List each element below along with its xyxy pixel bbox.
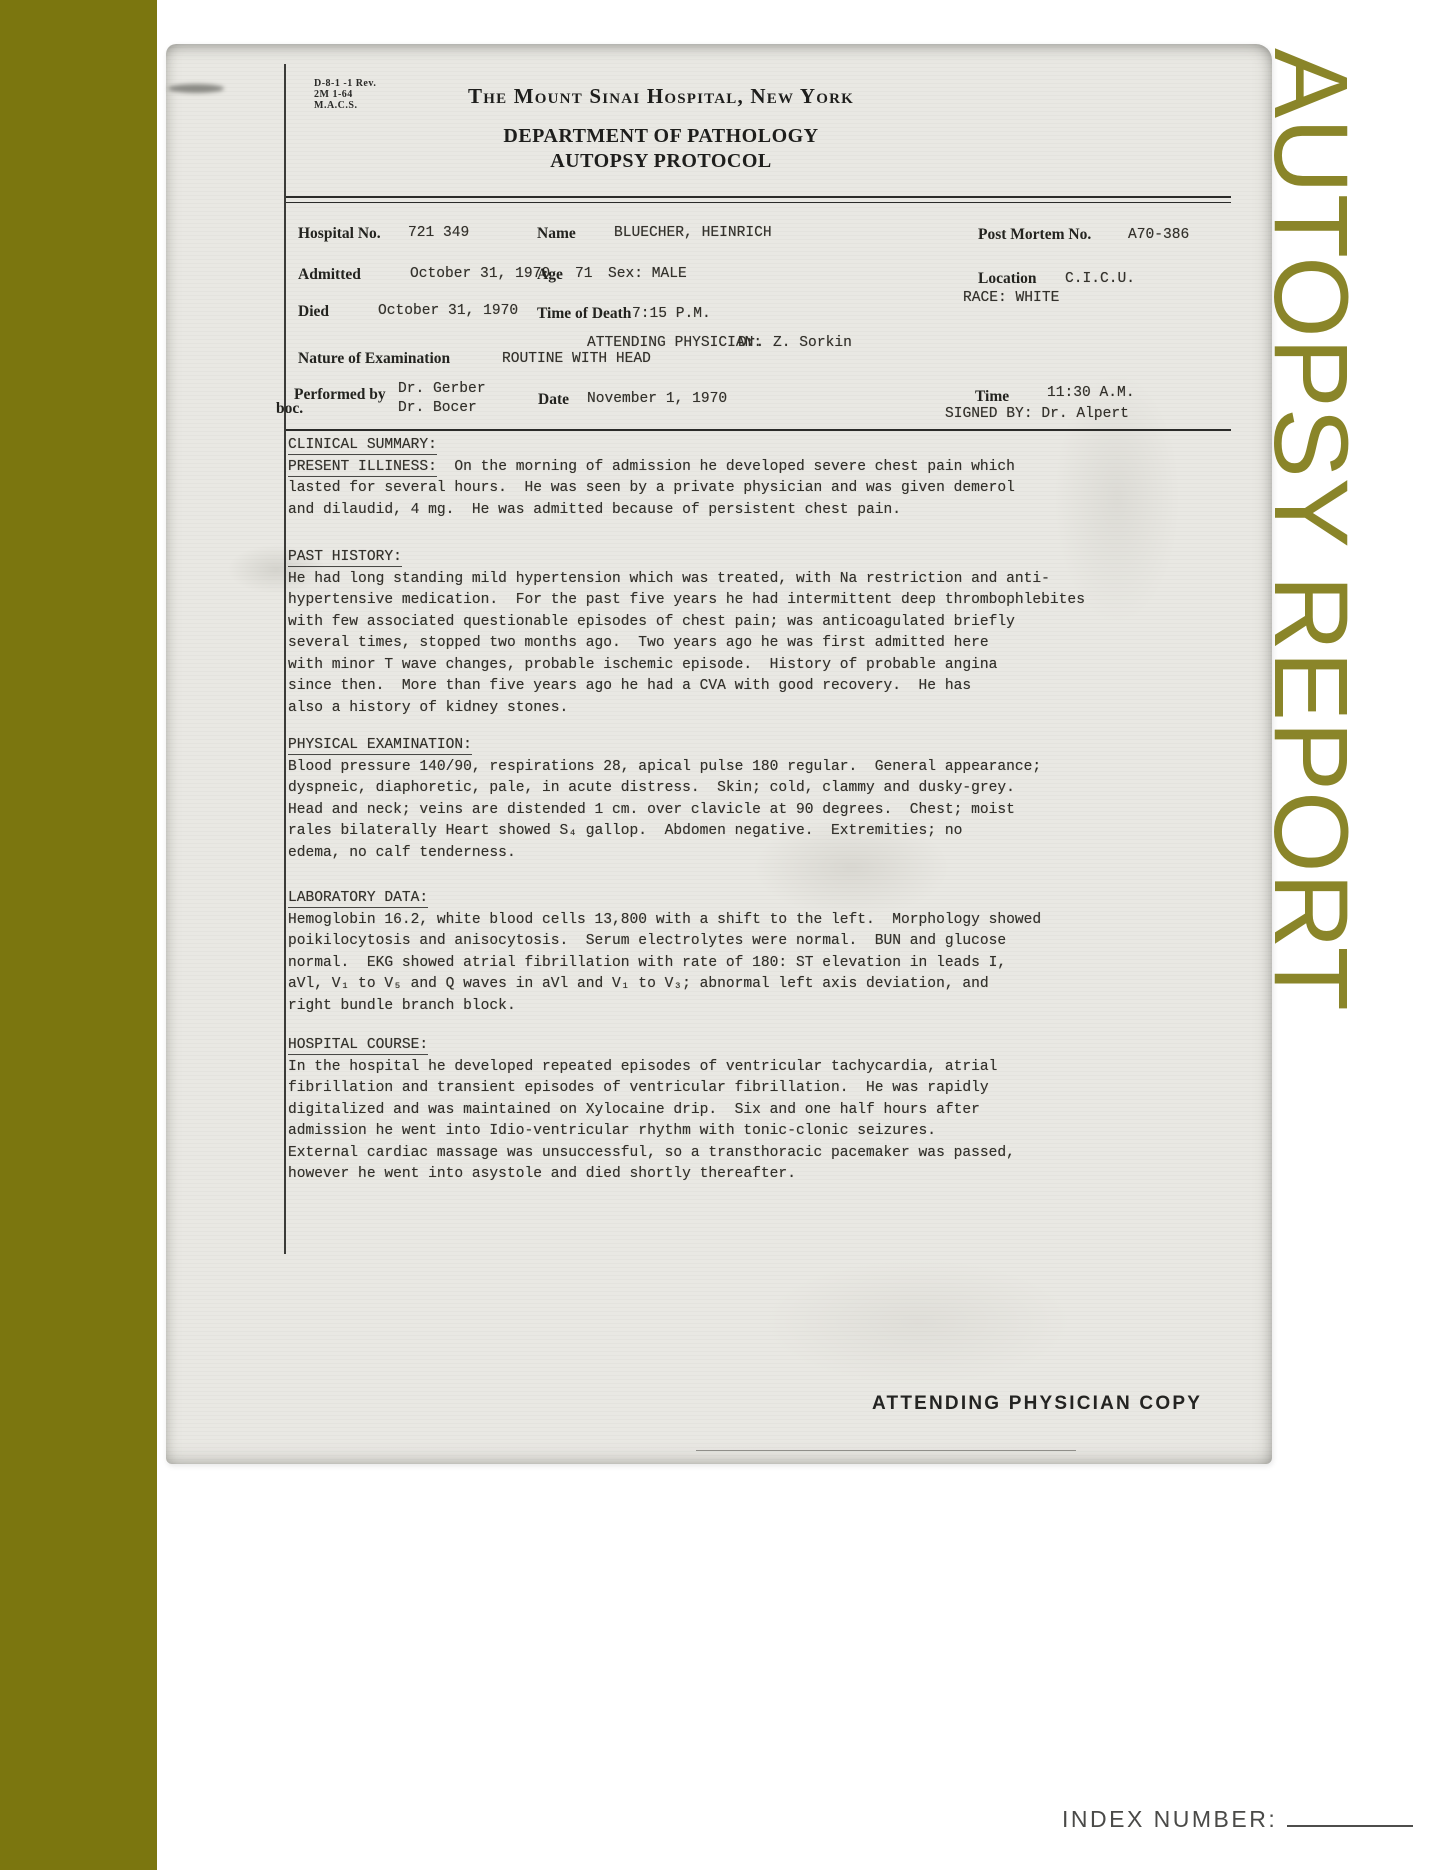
- section-laboratory-data: LABORATORY DATA: Hemoglobin 16.2, white …: [288, 890, 1248, 1019]
- section-heading: CLINICAL SUMMARY:: [288, 437, 437, 455]
- date-label: Date: [538, 391, 569, 409]
- typewriter-line: External cardiac massage was unsuccessfu…: [288, 1145, 1248, 1167]
- hospital-name: The Mount Sinai Hospital, New York: [166, 84, 1156, 109]
- department-title: DEPARTMENT OF PATHOLOGY: [166, 125, 1156, 148]
- page-edge-line: [696, 1450, 1076, 1451]
- section-heading: PHYSICAL EXAMINATION:: [288, 737, 472, 755]
- location-label: Location: [978, 270, 1037, 288]
- post-mortem-value: A70-386: [1128, 227, 1189, 243]
- left-margin-line: [284, 64, 286, 1254]
- scanned-autopsy-document: D-8-1 -1 Rev. 2M 1-64 M.A.C.S. The Mount…: [166, 44, 1272, 1464]
- index-number-label: INDEX NUMBER:: [1062, 1806, 1277, 1832]
- date-value: November 1, 1970: [587, 391, 727, 407]
- performed-by-label2: boc.: [276, 400, 303, 418]
- typewriter-line: right bundle branch block.: [288, 998, 1248, 1020]
- typewriter-line: In the hospital he developed repeated ep…: [288, 1059, 1248, 1081]
- age-value: 71: [575, 266, 593, 282]
- typewriter-line: poikilocytosis and anisocytosis. Serum e…: [288, 933, 1248, 955]
- time-of-death-label: Time of Death: [537, 305, 631, 323]
- nature-of-exam-label: Nature of Examination: [298, 350, 450, 368]
- location-value: C.I.C.U.: [1065, 271, 1135, 287]
- typewriter-line: dyspneic, diaphoretic, pale, in acute di…: [288, 780, 1248, 802]
- age-label: Age: [537, 266, 563, 284]
- left-accent-bar: [0, 0, 157, 1870]
- section-clinical-summary: CLINICAL SUMMARY: PRESENT ILLINESS: On t…: [288, 437, 1248, 523]
- typewriter-line: aVl, V₁ to V₅ and Q waves in aVl and V₁ …: [288, 976, 1248, 998]
- typewriter-text: On the morning of admission he developed…: [437, 459, 1015, 475]
- section-past-history: PAST HISTORY: He had long standing mild …: [288, 549, 1248, 721]
- race-value: RACE: WHITE: [963, 290, 1059, 306]
- performed-by-value-2: Dr. Bocer: [398, 400, 477, 416]
- index-number-blank-line: [1287, 1804, 1413, 1827]
- typewriter-line: lasted for several hours. He was seen by…: [288, 480, 1248, 502]
- typewriter-line: since then. More than five years ago he …: [288, 678, 1248, 700]
- section-physical-examination: PHYSICAL EXAMINATION: Blood pressure 140…: [288, 737, 1248, 866]
- typewriter-line: Blood pressure 140/90, respirations 28, …: [288, 759, 1248, 781]
- section-hospital-course: HOSPITAL COURSE: In the hospital he deve…: [288, 1037, 1248, 1188]
- typewriter-line: with few associated questionable episode…: [288, 614, 1248, 636]
- present-illness-subheading: PRESENT ILLINESS:: [288, 459, 437, 477]
- attending-physician-value: Dr. Z. Sorkin: [738, 335, 852, 351]
- typewriter-line: hypertensive medication. For the past fi…: [288, 592, 1248, 614]
- page-canvas: D-8-1 -1 Rev. 2M 1-64 M.A.C.S. The Mount…: [0, 0, 1445, 1870]
- typewriter-line: edema, no calf tenderness.: [288, 845, 1248, 867]
- protocol-title: AUTOPSY PROTOCOL: [166, 150, 1156, 173]
- hospital-no-value: 721 349: [408, 225, 469, 241]
- typewriter-line: digitalized and was maintained on Xyloca…: [288, 1102, 1248, 1124]
- document-header: The Mount Sinai Hospital, New York DEPAR…: [166, 44, 1156, 204]
- died-value: October 31, 1970: [378, 303, 518, 319]
- admitted-value: October 31, 1970: [410, 266, 550, 282]
- section-heading: PAST HISTORY:: [288, 549, 402, 567]
- name-label: Name: [537, 225, 576, 243]
- typewriter-line: and dilaudid, 4 mg. He was admitted beca…: [288, 502, 1248, 524]
- typewriter-line: several times, stopped two months ago. T…: [288, 635, 1248, 657]
- time-label: Time: [975, 388, 1009, 406]
- died-label: Died: [298, 303, 329, 321]
- sex-value: Sex: MALE: [608, 266, 687, 282]
- time-value: 11:30 A.M.: [1047, 385, 1135, 401]
- post-mortem-label: Post Mortem No.: [978, 226, 1091, 244]
- typewriter-line: fibrillation and transient episodes of v…: [288, 1080, 1248, 1102]
- typewriter-line: with minor T wave changes, probable isch…: [288, 657, 1248, 679]
- typewriter-line: however he went into asystole and died s…: [288, 1166, 1248, 1188]
- signed-by-value: SIGNED BY: Dr. Alpert: [945, 406, 1129, 422]
- typewriter-line: He had long standing mild hypertension w…: [288, 571, 1248, 593]
- double-rule: [286, 196, 1231, 203]
- time-of-death-value: 7:15 P.M.: [632, 306, 711, 322]
- typewriter-line: also a history of kidney stones.: [288, 700, 1248, 722]
- performed-by-label: Performed by: [294, 386, 386, 404]
- nature-of-exam-value: ROUTINE WITH HEAD: [502, 351, 651, 367]
- typewriter-line: rales bilaterally Heart showed S₄ gallop…: [288, 823, 1248, 845]
- typewriter-line: normal. EKG showed atrial fibrillation w…: [288, 955, 1248, 977]
- index-number-row: INDEX NUMBER:: [1062, 1804, 1413, 1833]
- typewriter-line: admission he went into Idio-ventricular …: [288, 1123, 1248, 1145]
- admitted-label: Admitted: [298, 266, 361, 284]
- performed-by-value-1: Dr. Gerber: [398, 381, 486, 397]
- name-value: BLUECHER, HEINRICH: [614, 225, 772, 241]
- single-rule: [286, 429, 1231, 431]
- attending-physician-copy-stamp: ATTENDING PHYSICIAN COPY: [872, 1393, 1202, 1415]
- attending-physician-label: ATTENDING PHYSICIAN:: [587, 335, 762, 351]
- section-heading: HOSPITAL COURSE:: [288, 1037, 428, 1055]
- vertical-autopsy-report-title: AUTOPSY REPORT: [1258, 48, 1363, 1011]
- hospital-no-label: Hospital No.: [298, 225, 381, 243]
- section-heading: LABORATORY DATA:: [288, 890, 428, 908]
- typewriter-line: Head and neck; veins are distended 1 cm.…: [288, 802, 1248, 824]
- typewriter-line: Hemoglobin 16.2, white blood cells 13,80…: [288, 912, 1248, 934]
